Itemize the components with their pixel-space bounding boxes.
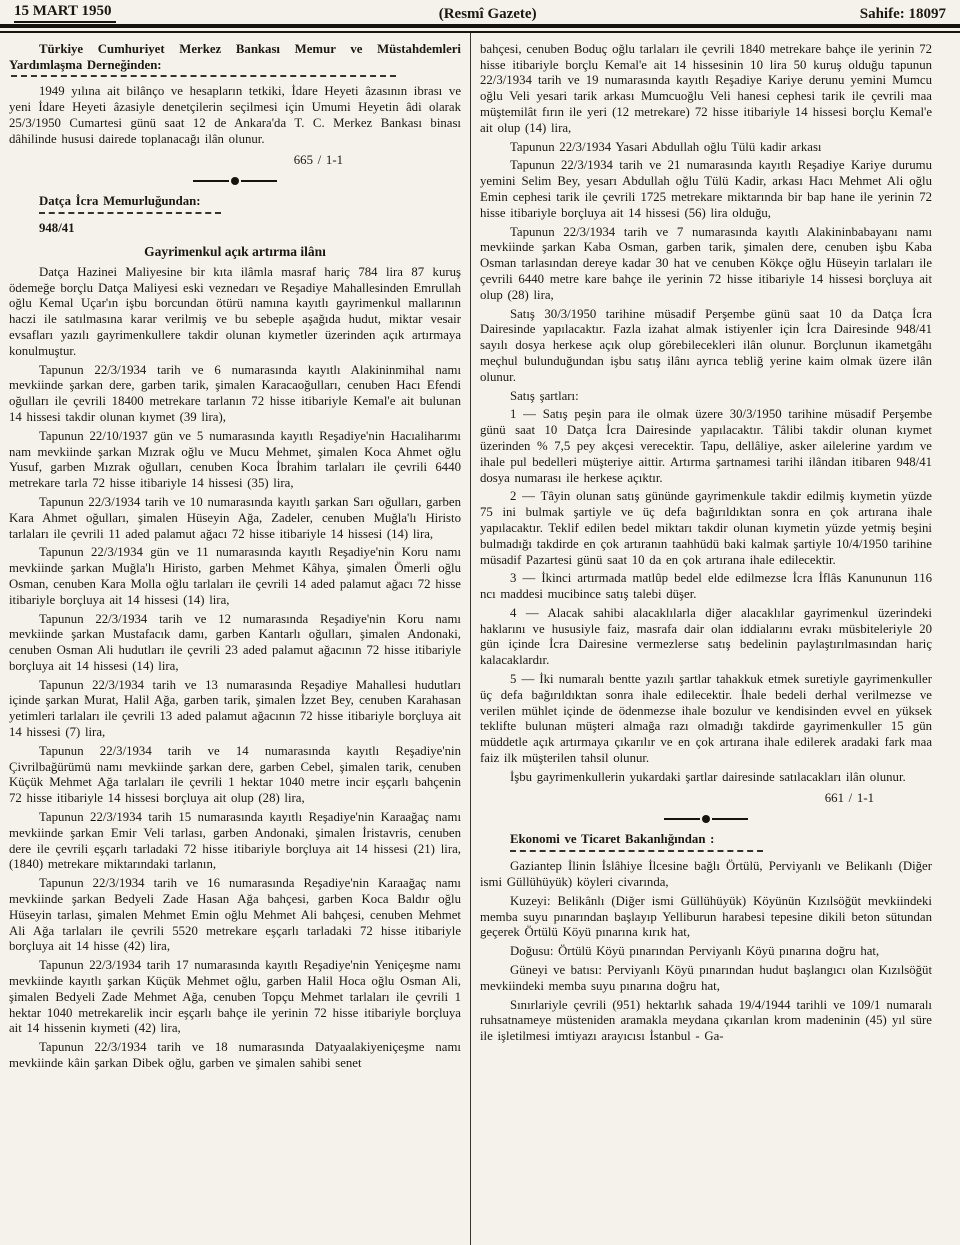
issue-date: 15 MART 1950 bbox=[14, 4, 116, 23]
section-separator bbox=[480, 815, 932, 823]
separator-line bbox=[712, 818, 748, 820]
notice-paragraph: Tapunun 22/3/1934 tarih 17 numarasında k… bbox=[9, 958, 461, 1037]
notice-body: 1949 yılına ait bilânço ve hesapların te… bbox=[9, 84, 461, 147]
boundary-paragraph: Doğusu: Örtülü Köyü pınarından Perviyanl… bbox=[480, 944, 932, 960]
notice-merkez-bankasi: Türkiye Cumhuriyet Merkez Bankası Memur … bbox=[9, 42, 461, 169]
auction-heading: Gayrimenkul açık artırma ilânı bbox=[9, 244, 461, 260]
term-item: 4 — Alacak sahibi alacaklılarla diğer al… bbox=[480, 606, 932, 669]
dashed-rule bbox=[11, 75, 396, 77]
notice-paragraph: Tapunun 22/3/1934 tarih 15 numarasında k… bbox=[9, 810, 461, 873]
notice-paragraph: Tapunun 22/3/1934 tarih ve 16 numarasınd… bbox=[9, 876, 461, 955]
notice-ref: 661 / 1-1 bbox=[480, 791, 932, 807]
separator-dot-icon bbox=[702, 815, 710, 823]
section-separator bbox=[9, 177, 461, 185]
notice-paragraph: Tapunun 22/3/1934 tarih ve 21 numarasınd… bbox=[480, 158, 932, 221]
ministry-source: Ekonomi ve Ticaret Bakanlığından : bbox=[480, 832, 932, 848]
gazette-page: 15 MART 1950 (Resmî Gazete) Sahife: 1809… bbox=[0, 0, 960, 1245]
term-item: 2 — Tâyin olunan satış gününde gayrimenk… bbox=[480, 489, 932, 568]
closing-paragraph: İşbu gayrimenkullerin yukardaki şartlar … bbox=[480, 770, 932, 786]
notice-ref: 665 / 1-1 bbox=[9, 153, 461, 169]
term-item: 3 — İkinci artırmada matlûp bedel elde e… bbox=[480, 571, 932, 603]
notice-paragraph: Datça Hazinei Maliyesine bir kıta ilâmla… bbox=[9, 265, 461, 360]
header-double-rule bbox=[0, 24, 960, 33]
boundary-paragraph: Güneyi ve batısı: Perviyanlı Köyü pınarı… bbox=[480, 963, 932, 995]
notice-paragraph: Tapunun 22/3/1934 Yasari Abdullah oğlu T… bbox=[480, 140, 932, 156]
notice-paragraph: Gaziantep İlinin İslâhiye İlcesine bağlı… bbox=[480, 859, 932, 891]
notice-paragraph: Tapunun 22/3/1934 tarih ve 10 numarasınd… bbox=[9, 495, 461, 542]
notice-paragraph: Tapunun 22/3/1934 tarih ve 14 numarasınd… bbox=[9, 744, 461, 807]
term-item: 5 — İki numaralı bentte yazılı şartlar t… bbox=[480, 672, 932, 767]
gazette-title: (Resmî Gazete) bbox=[439, 7, 537, 23]
notice-paragraph: Tapunun 22/3/1934 tarih ve 18 numarasınd… bbox=[9, 1040, 461, 1072]
notice-paragraph: bahçesi, cenuben Boduç oğlu tarlaları il… bbox=[480, 42, 932, 137]
separator-dot-icon bbox=[231, 177, 239, 185]
notice-datca-icra-continued: bahçesi, cenuben Boduç oğlu tarlaları il… bbox=[480, 42, 932, 807]
page-number: Sahife: 18097 bbox=[860, 7, 946, 23]
notice-source: Türkiye Cumhuriyet Merkez Bankası Memur … bbox=[9, 42, 461, 74]
notice-ekonomi-bakanligi: Ekonomi ve Ticaret Bakanlığından : Gazia… bbox=[480, 832, 932, 1045]
two-column-body: Türkiye Cumhuriyet Merkez Bankası Memur … bbox=[0, 33, 960, 1245]
separator-line bbox=[193, 180, 229, 182]
dashed-rule bbox=[510, 850, 763, 852]
terms-heading: Satış şartları: bbox=[480, 389, 932, 405]
dashed-rule bbox=[39, 212, 221, 214]
notice-paragraph: Tapunun 22/10/1937 gün ve 5 numarasında … bbox=[9, 429, 461, 492]
separator-line bbox=[664, 818, 700, 820]
left-column: Türkiye Cumhuriyet Merkez Bankası Memur … bbox=[0, 33, 470, 1245]
notice-paragraph: Tapunun 22/3/1934 tarih ve 12 numarasınd… bbox=[9, 612, 461, 675]
term-item: 1 — Satış peşin para ile olmak üzere 30/… bbox=[480, 407, 932, 486]
file-number: 948/41 bbox=[9, 221, 461, 237]
separator-line bbox=[241, 180, 277, 182]
notice-paragraph: Satış 30/3/1950 tarihine müsadif Perşemb… bbox=[480, 307, 932, 386]
boundary-paragraph: Kuzeyi: Belikânlı (Diğer ismi Güllühüyük… bbox=[480, 894, 932, 941]
notice-paragraph: Sınırlariyle çevrili (951) hektarlık sah… bbox=[480, 998, 932, 1045]
notice-source: Datça İcra Memurluğundan: bbox=[9, 194, 461, 210]
notice-paragraph: Tapunun 22/3/1934 tarih ve 6 numarasında… bbox=[9, 363, 461, 426]
page-header: 15 MART 1950 (Resmî Gazete) Sahife: 1809… bbox=[0, 0, 960, 24]
notice-paragraph: Tapunun 22/3/1934 gün ve 11 numarasında … bbox=[9, 545, 461, 608]
notice-datca-icra: Datça İcra Memurluğundan: 948/41 Gayrime… bbox=[9, 194, 461, 1071]
right-column: bahçesi, cenuben Boduç oğlu tarlaları il… bbox=[471, 33, 941, 1245]
notice-paragraph: Tapunun 22/3/1934 tarih ve 7 numarasında… bbox=[480, 225, 932, 304]
notice-paragraph: Tapunun 22/3/1934 tarih ve 13 numarasınd… bbox=[9, 678, 461, 741]
